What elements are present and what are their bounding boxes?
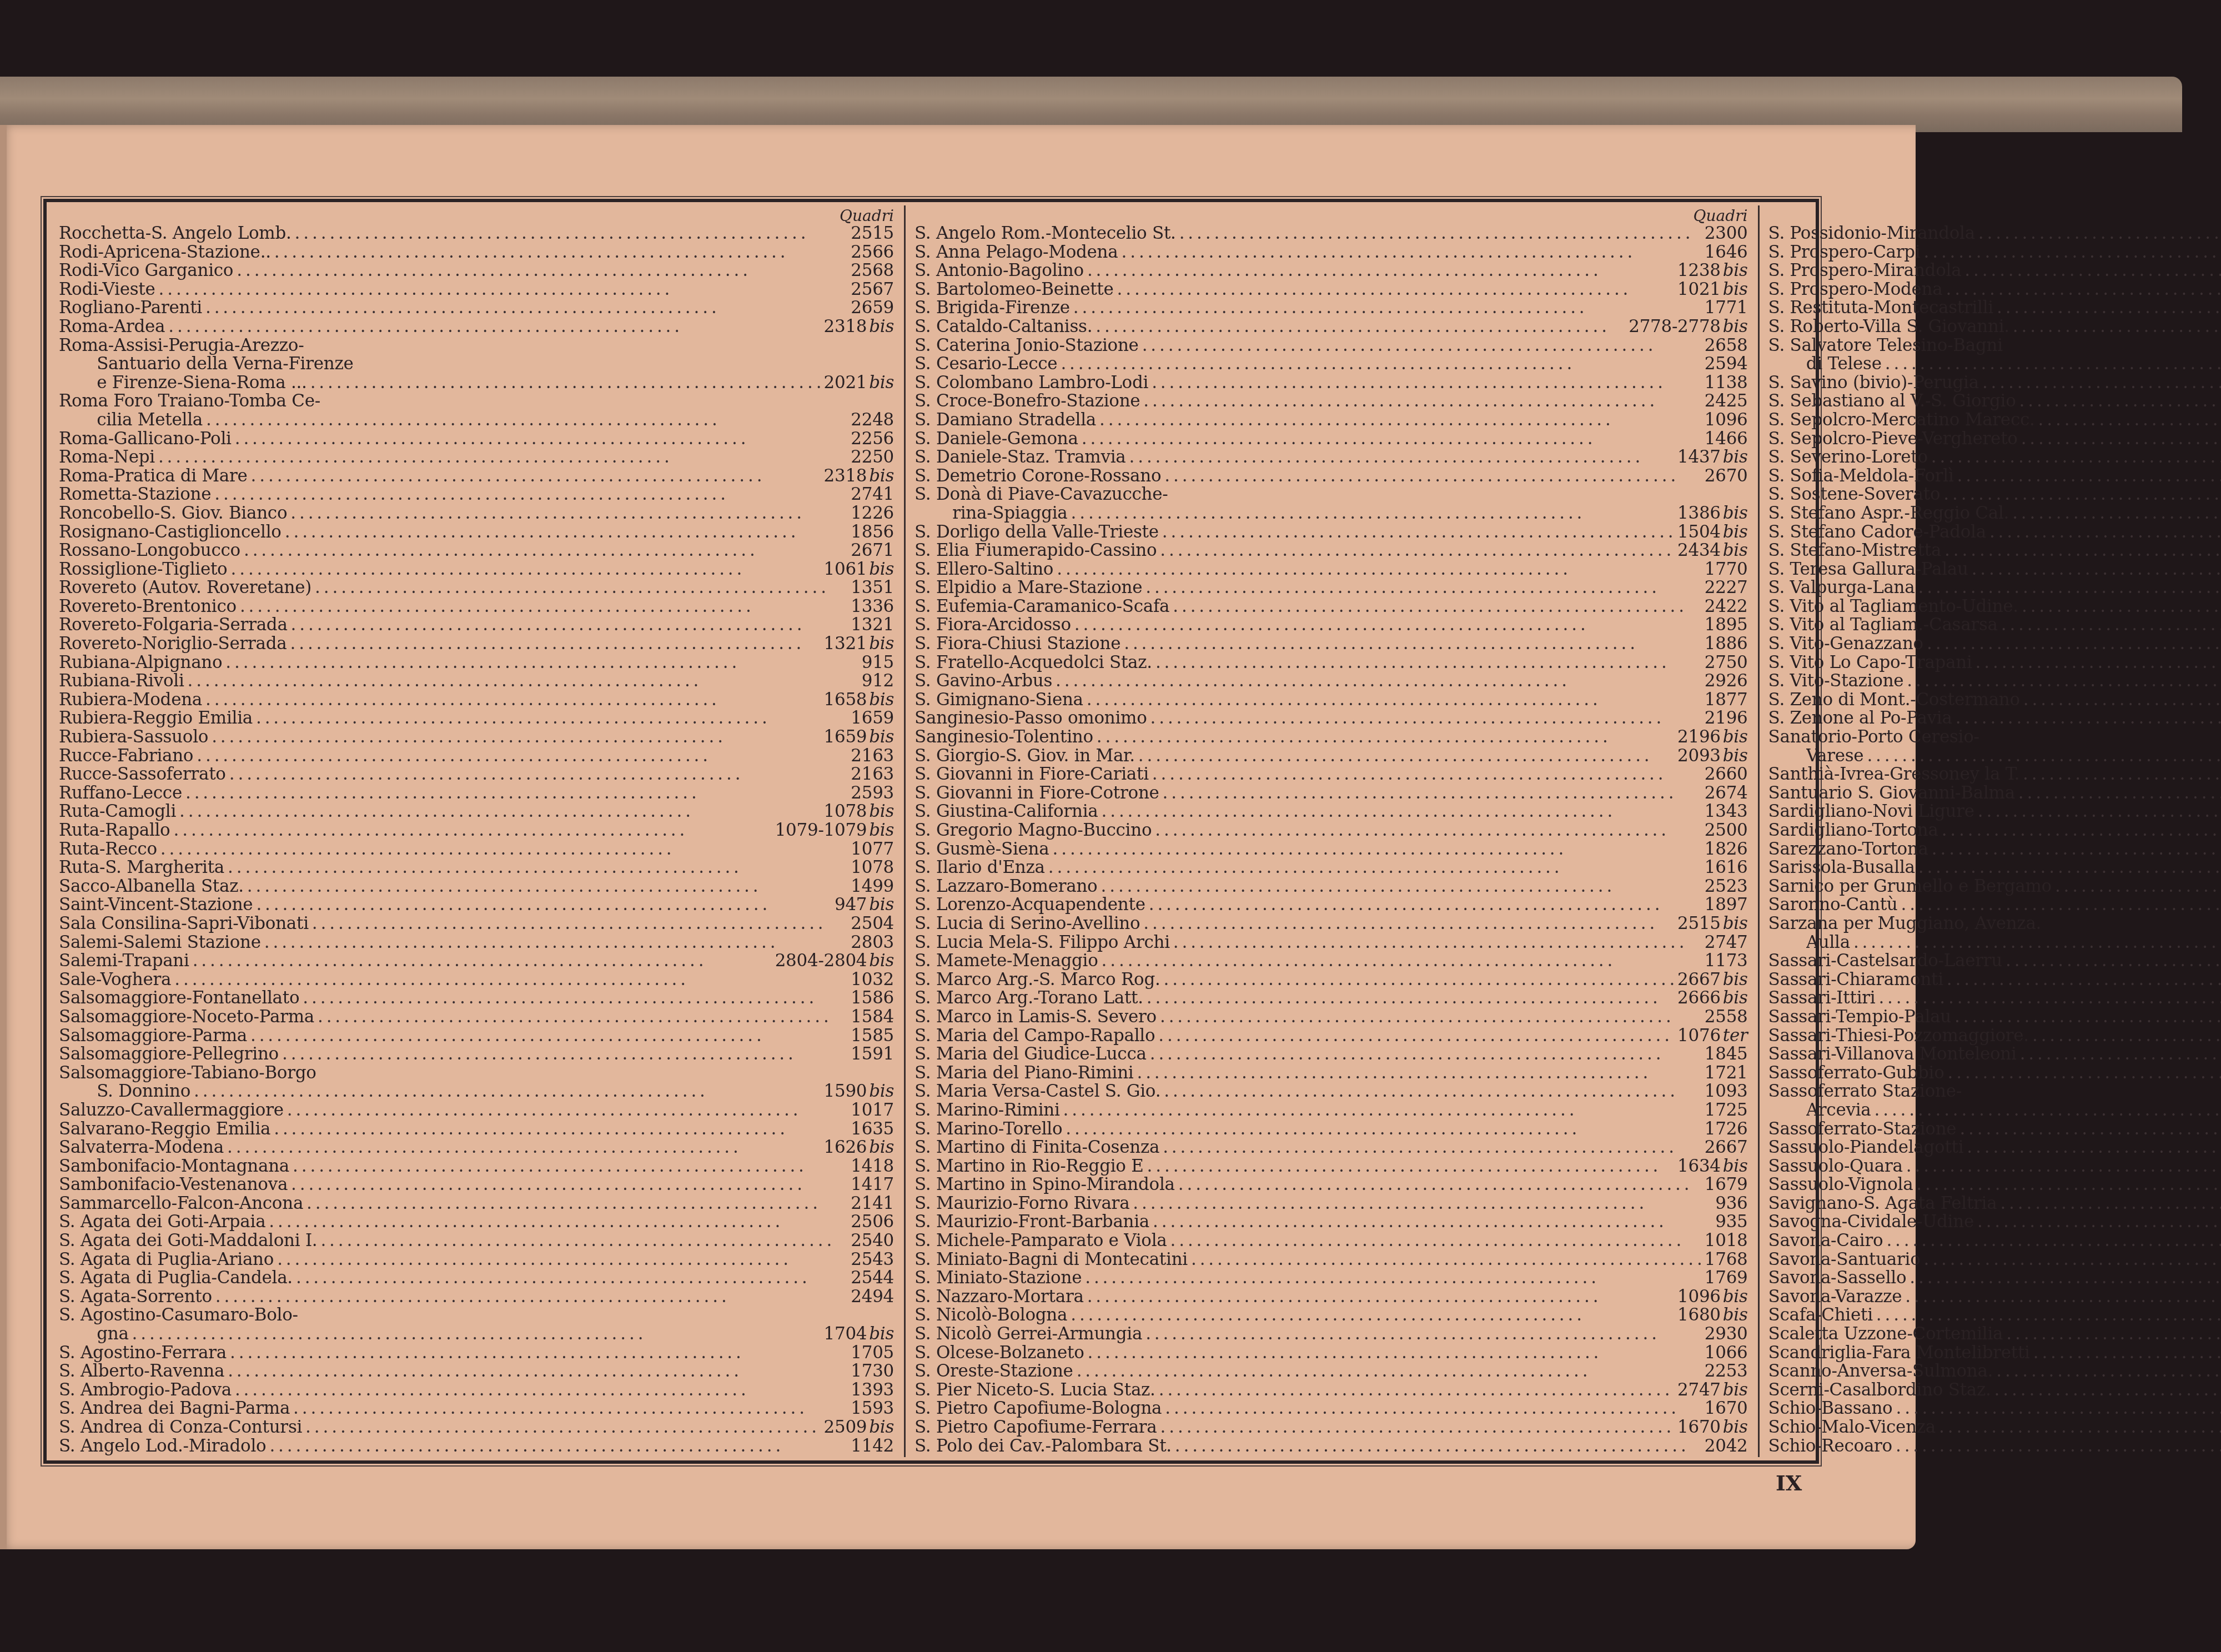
entry-table-number: 1077 xyxy=(851,840,894,859)
index-entry: Aulla1837bis xyxy=(1768,933,2221,952)
dot-leader xyxy=(2038,411,2221,430)
index-entry: Ruta-S. Margherita1078 xyxy=(59,858,894,877)
entry-route-name: S. Antonio-Bagolino xyxy=(914,262,1084,280)
dot-leader xyxy=(1137,1064,1701,1083)
entry-table-number: 2250 xyxy=(851,448,894,467)
entry-route-name: S. Caterina Jonio-Stazione xyxy=(914,337,1139,355)
entry-route-name: Santuario S. Giovanni-Balma xyxy=(1768,784,2015,803)
dot-leader xyxy=(1918,579,2221,597)
entry-route-name: Scandriglia-Fara Montelibretti xyxy=(1768,1344,2030,1363)
table-number-value: 1646 xyxy=(1705,242,1748,262)
index-column-1: Quadri Rocchetta-S. Angelo Lomb.2515Rodi… xyxy=(50,205,906,1457)
dot-leader xyxy=(1149,896,1701,915)
index-entry: S. Agata dei Goti-Arpaia2506 xyxy=(59,1213,894,1232)
dot-leader xyxy=(1170,1232,1701,1251)
entry-route-name: S. Oreste-Stazione xyxy=(914,1362,1073,1381)
table-number-suffix: bis xyxy=(869,820,894,840)
table-number-value: 2434 xyxy=(1677,540,1721,560)
entry-route-name: S. Bartolomeo-Beinette xyxy=(914,280,1114,299)
dot-leader xyxy=(1102,952,1701,971)
index-entry: S. Angelo Rom.-Montecelio St.2300 xyxy=(914,224,1748,243)
dot-leader xyxy=(2001,616,2221,635)
entry-table-number: 1466 xyxy=(1705,430,1748,449)
table-number-value: 2256 xyxy=(851,429,894,449)
entry-route-name: Sanginesio-Passo omonimo xyxy=(914,709,1147,728)
entry-route-name: S. Marco in Lamis-S. Severo xyxy=(914,1008,1157,1027)
entry-route-name: S. Sepolcro-Mercatino Marecc. xyxy=(1768,411,2035,430)
entry-table-number: 2515bis xyxy=(1677,915,1747,933)
dot-leader xyxy=(1129,448,1674,467)
entry-route-name: Ruta-Camogli xyxy=(59,802,176,821)
index-entry: S. Michele-Pamparato e Viola1018 xyxy=(914,1232,1748,1251)
table-number-value: 1590 xyxy=(824,1081,867,1101)
index-entry: S. Agata di Puglia-Candela.2544 xyxy=(59,1269,894,1288)
dot-leader xyxy=(303,989,847,1008)
dot-leader xyxy=(1867,747,2221,766)
index-entry: Sambonifacio-Montagnana1418 xyxy=(59,1157,894,1176)
entry-route-name: S. Maurizio-Front-Barbania xyxy=(914,1213,1149,1232)
dot-leader xyxy=(185,784,847,803)
entry-route-name: S. Vito Lo Capo-Trapani xyxy=(1768,654,1972,672)
index-entry: S. Cesario-Lecce2594 xyxy=(914,355,1748,374)
dot-leader xyxy=(194,1082,821,1101)
entry-route-name: S. Croce-Bonefro-Stazione xyxy=(914,392,1140,411)
table-number-value: 2544 xyxy=(851,1268,894,1288)
entry-route-name: S. Elia Fiumerapido-Cassino xyxy=(914,541,1157,560)
dot-leader xyxy=(168,318,820,337)
entry-route-name: S. Gregorio Magno-Buccino xyxy=(914,821,1152,840)
index-entry: S. Sostene-Soverato2684 xyxy=(1768,485,2221,504)
table-number-value: 2509 xyxy=(824,1417,867,1437)
entry-table-number: 2593 xyxy=(851,784,894,803)
index-entry: S. Marino-Rimini1725 xyxy=(914,1101,1748,1120)
index-entry: S. Polo dei Cav.-Palombara St.2042 xyxy=(914,1437,1748,1456)
entry-route-name: S. Pier Niceto-S. Lucia Staz. xyxy=(914,1381,1155,1400)
index-entry: Salsomaggiore-Parma1585 xyxy=(59,1027,894,1046)
dot-leader xyxy=(1994,1381,2221,1400)
table-number-value: 2930 xyxy=(1705,1324,1748,1344)
dot-leader xyxy=(1117,280,1675,299)
index-entry: S. Mamete-Menaggio1173 xyxy=(914,952,1748,971)
entry-route-name: S. Martino in Rio-Reggio E xyxy=(914,1157,1144,1176)
dot-leader xyxy=(1896,1437,2221,1456)
index-entry: Sassuolo-Quara1673 xyxy=(1768,1157,2221,1176)
entry-table-number: 2540 xyxy=(851,1232,894,1251)
entry-route-name: S. Nicolò Gerrei-Armungia xyxy=(914,1325,1142,1344)
entry-route-name: e Firenze-Siena-Roma ... xyxy=(97,374,306,393)
table-number-suffix: bis xyxy=(869,1324,894,1344)
entry-route-name: S. Martino in Spino-Mirandola xyxy=(914,1176,1175,1194)
dot-leader xyxy=(231,560,821,579)
dot-leader xyxy=(1143,392,1701,411)
entry-route-name: Rubiana-Alpignano xyxy=(59,654,222,672)
index-entry: Sassari-Villanova Monteleoni2873 xyxy=(1768,1045,2221,1064)
table-number-value: 1768 xyxy=(1705,1249,1748,1269)
index-entry: Savona-Varazze1060 xyxy=(1768,1288,2221,1307)
entry-route-name: S. Andrea di Conza-Contursi xyxy=(59,1418,302,1437)
table-number-value: 2021 xyxy=(824,373,867,393)
dot-leader xyxy=(159,280,848,299)
entry-route-name: Rubiera-Modena xyxy=(59,691,202,710)
entry-route-name: S. Agostino-Casumaro-Bolo- xyxy=(59,1306,298,1325)
dot-leader xyxy=(1087,691,1701,710)
dot-leader xyxy=(1147,989,1674,1008)
entry-table-number: 1658bis xyxy=(824,691,894,710)
table-number-value: 1079-1079 xyxy=(775,820,867,840)
dot-leader xyxy=(1165,1399,1701,1418)
entry-table-number: 2227 xyxy=(1705,579,1748,597)
table-number-value: 1670 xyxy=(1677,1417,1721,1437)
index-entry: S. Miniato-Bagni di Montecatini1768 xyxy=(914,1251,1748,1269)
index-column-2: Quadri S. Angelo Rom.-Montecelio St.2300… xyxy=(906,205,1760,1457)
table-number-value: 936 xyxy=(1715,1193,1747,1213)
index-entry: S. Croce-Bonefro-Stazione2425 xyxy=(914,392,1748,411)
entry-table-number: 1730 xyxy=(851,1362,894,1381)
index-entry: Ruta-Camogli1078bis xyxy=(59,802,894,821)
entry-route-name: S. Anna Pelago-Modena xyxy=(914,243,1118,262)
dot-leader xyxy=(285,523,848,542)
index-entry: Rubiera-Modena1658bis xyxy=(59,691,894,710)
index-entry: Santhià-Ivrea-Gressoney la T.949bis xyxy=(1768,765,2221,784)
dot-leader xyxy=(290,504,847,523)
entry-table-number: 1078 xyxy=(851,858,894,877)
index-entry: Roma-Ardea2318bis xyxy=(59,318,894,337)
entry-route-name: S. Lazzaro-Bomerano xyxy=(914,877,1097,896)
entry-table-number: 2196bis xyxy=(1677,728,1747,747)
table-number-suffix: bis xyxy=(1723,447,1748,467)
entry-table-number: 2667bis xyxy=(1677,971,1747,990)
index-entry: Rucce-Fabriano2163 xyxy=(59,747,894,766)
entry-route-name: S. Angelo Rom.-Montecelio St. xyxy=(914,224,1176,243)
index-entry: Ruta-Recco1077 xyxy=(59,840,894,859)
table-number-suffix: bis xyxy=(869,634,894,654)
dot-leader xyxy=(228,1362,847,1381)
entry-route-name: S. Prospero-Carpi xyxy=(1768,243,1921,262)
table-number-value: 2594 xyxy=(1705,354,1748,374)
index-entry: Sassuolo-Piandelagotti1674 xyxy=(1768,1138,2221,1157)
entry-route-name: S. Fiora-Arcidosso xyxy=(914,616,1071,635)
entry-table-number: 2500 xyxy=(1705,821,1748,840)
table-number-value: 1704 xyxy=(824,1324,867,1344)
index-entry: Sanginesio-Tolentino2196bis xyxy=(914,728,1748,747)
entry-route-name: S. Pietro Capofiume-Ferrara xyxy=(914,1418,1157,1437)
entry-table-number: 2256 xyxy=(851,430,894,449)
index-entry: Scanno-Anversa-Sulmona.2396 xyxy=(1768,1362,2221,1381)
dot-leader xyxy=(295,224,848,243)
index-entry: Rucce-Sassoferrato2163 xyxy=(59,765,894,784)
entry-route-name: Salsomaggiore-Fontanellato xyxy=(59,989,299,1008)
entry-route-name: Rovereto-Folgaria-Serrada xyxy=(59,616,288,635)
dot-leader xyxy=(274,243,848,262)
entry-route-name: S. Miniato-Bagni di Montecatini xyxy=(914,1251,1188,1269)
table-number-value: 1659 xyxy=(824,727,867,747)
index-entry: Savona-Sassello1061 xyxy=(1768,1269,2221,1288)
entry-table-number: 2196 xyxy=(1705,709,1748,728)
dot-leader xyxy=(1096,318,1625,337)
index-entry: S. Caterina Jonio-Stazione2658 xyxy=(914,337,1748,355)
entry-route-name: Schio-Recoaro xyxy=(1768,1437,1892,1456)
entry-route-name: Sassoferrato Stazione- xyxy=(1768,1082,1962,1101)
entry-table-number: 1726 xyxy=(1705,1120,1748,1139)
dot-leader xyxy=(1982,374,2221,393)
dot-leader xyxy=(269,1437,847,1456)
table-number-value: 2318 xyxy=(824,466,867,486)
index-entry: S. Pietro Capofiume-Bologna1670 xyxy=(914,1399,1748,1418)
dot-leader xyxy=(1989,523,2221,542)
entry-route-name: S. Vito al Tagliam.-Casarsa xyxy=(1768,616,1998,635)
index-entry: Roma-Nepi2250 xyxy=(59,448,894,467)
dot-leader xyxy=(214,485,847,504)
entry-table-number: 1336 xyxy=(851,597,894,616)
index-entry: Scaletta Uzzone-Cortemilia1013 xyxy=(1768,1325,2221,1344)
index-entry: S. Agata-Sorrento2494 xyxy=(59,1288,894,1307)
table-number-value: 1226 xyxy=(851,503,894,523)
dot-leader xyxy=(2032,1027,2221,1046)
entry-route-name: Aulla xyxy=(1806,933,1850,952)
entry-route-name: cilia Metella xyxy=(97,411,203,430)
index-entry: Savona-Santuario1058 xyxy=(1768,1251,2221,1269)
entry-table-number: 2504 xyxy=(851,915,894,933)
index-entry: S. Stefano Cadore-Padola1376 xyxy=(1768,523,2221,542)
entry-table-number: 2660 xyxy=(1705,765,1748,784)
dot-leader xyxy=(1145,1325,1701,1344)
entry-route-name: Sambonifacio-Montagnana xyxy=(59,1157,289,1176)
index-entry: Rodi-Apricena-Stazione..2566 xyxy=(59,243,894,262)
entry-route-name: S. Colombano Lambro-Lodi xyxy=(914,374,1148,393)
entry-route-name: S. Possidonio-Mirandola xyxy=(1768,224,1975,243)
entry-route-name: Salvarano-Reggio Emilia xyxy=(59,1120,270,1139)
entry-route-name: S. Stefano Cadore-Padola xyxy=(1768,523,1986,542)
index-entry: Sassari-Castelsardo-Laerru2875 xyxy=(1768,952,2221,971)
dot-leader xyxy=(2023,691,2221,710)
entry-route-name: S. Giorgio-S. Giov. in Mar. xyxy=(914,747,1135,766)
index-entry: Roma Foro Traiano-Tomba Ce- xyxy=(59,392,894,411)
dot-leader xyxy=(1178,1176,1701,1194)
entry-route-name: Roncobello-S. Giov. Bianco xyxy=(59,504,287,523)
entry-route-name: S. Polo dei Cav.-Palombara St. xyxy=(914,1437,1172,1456)
dot-leader xyxy=(1972,560,2221,579)
entry-route-name: Roma-Ardea xyxy=(59,318,165,337)
entry-route-name: Salemi-Trapani xyxy=(59,952,189,971)
dot-leader xyxy=(2020,1045,2221,1064)
dot-leader xyxy=(1163,1138,1701,1157)
dot-leader xyxy=(1152,374,1701,393)
entry-route-name: Santuario della Verna-Firenze xyxy=(97,355,353,374)
index-entry: S. Nazzaro-Mortara1096bis xyxy=(914,1288,1748,1307)
entry-route-name: S. Olcese-Bolzaneto xyxy=(914,1344,1084,1363)
index-entry: S. Lucia di Serino-Avellino2515bis xyxy=(914,915,1748,933)
entry-route-name: Savignano-S. Agata Feltria xyxy=(1768,1194,1997,1213)
entry-table-number: 1770 xyxy=(1705,560,1748,579)
index-entry: Rocchetta-S. Angelo Lomb.2515 xyxy=(59,224,894,243)
table-number-value: 2593 xyxy=(851,783,894,803)
table-number-value: 1658 xyxy=(824,690,867,710)
dot-leader xyxy=(1074,616,1701,635)
table-number-suffix: bis xyxy=(1723,988,1748,1008)
entry-table-number: 1616 xyxy=(1705,858,1748,877)
table-number-value: 1066 xyxy=(1705,1343,1748,1363)
entry-table-number: 1721 xyxy=(1705,1064,1748,1083)
index-entry: S. Ellero-Saltino1770 xyxy=(914,560,1748,579)
entry-table-number: 1670bis xyxy=(1677,1418,1747,1437)
entry-route-name: S. Zenone al Po-Pavia xyxy=(1768,709,1952,728)
entry-table-number: 2318bis xyxy=(824,318,894,337)
index-entry: Ruta-Rapallo1079-1079bis xyxy=(59,821,894,840)
index-entry: S. Nicolò Gerrei-Armungia2930 xyxy=(914,1325,1748,1344)
entry-route-name: S. Andrea dei Bagni-Parma xyxy=(59,1399,290,1418)
entry-route-name: Sale-Voghera xyxy=(59,971,171,990)
index-entry: Schio-Bassano1369 xyxy=(1768,1399,2221,1418)
entry-route-name: S. Stefano-Mistretta xyxy=(1768,541,1942,560)
table-number-value: 1017 xyxy=(851,1100,894,1120)
table-number-value: 2659 xyxy=(851,298,894,318)
entry-table-number: 2425 xyxy=(1705,392,1748,411)
dot-leader xyxy=(1853,933,2221,952)
entry-route-name: S. Marino-Rimini xyxy=(914,1101,1060,1120)
index-entry: S. Giorgio-S. Giov. in Mar.2093bis xyxy=(914,747,1748,766)
entry-table-number: 2042 xyxy=(1705,1437,1748,1456)
entry-route-name: S. Martino di Finita-Cosenza xyxy=(914,1138,1159,1157)
dot-leader xyxy=(1874,1101,2221,1120)
table-number-value: 1593 xyxy=(851,1398,894,1418)
table-number-value: 1138 xyxy=(1705,373,1748,393)
dot-leader xyxy=(1066,1120,1701,1139)
index-entry: S. Andrea dei Bagni-Parma1593 xyxy=(59,1399,894,1418)
table-number-value: 2422 xyxy=(1705,596,1748,616)
index-entry: Rovereto-Brentonico1336 xyxy=(59,597,894,616)
entry-table-number: 2803 xyxy=(851,933,894,952)
entry-list: Rocchetta-S. Angelo Lomb.2515Rodi-Aprice… xyxy=(59,224,894,1455)
entry-table-number: 2659 xyxy=(851,299,894,318)
dot-leader xyxy=(193,952,772,971)
dot-leader xyxy=(306,1194,847,1213)
entry-table-number: 2670 xyxy=(1705,467,1748,486)
index-entry: S. Pietro Capofiume-Ferrara1670bis xyxy=(914,1418,1748,1437)
column-header-quadri: Quadri xyxy=(1768,208,2221,224)
dot-leader xyxy=(1947,971,2221,990)
entry-route-name: S. Salvatore Telesino-Bagni xyxy=(1768,337,2003,355)
dot-leader xyxy=(205,299,847,318)
entry-route-name: S. Giovanni in Fiore-Cariati xyxy=(914,765,1149,784)
entry-route-name: Ruffano-Lecce xyxy=(59,784,182,803)
entry-route-name: Roma-Assisi-Perugia-Arezzo- xyxy=(59,337,304,355)
entry-table-number: 1670 xyxy=(1705,1399,1748,1418)
dot-leader xyxy=(2022,597,2221,616)
entry-route-name: S. Eufemia-Caramanico-Scafa xyxy=(914,597,1169,616)
entry-route-name: Salsomaggiore-Pellegrino xyxy=(59,1045,279,1064)
index-entry: S. Olcese-Bolzaneto1066 xyxy=(914,1344,1748,1363)
index-entry: Sala Consilina-Sapri-Vibonati2504 xyxy=(59,915,894,933)
table-number-suffix: bis xyxy=(1723,1305,1748,1325)
entry-table-number: 1386bis xyxy=(1677,504,1747,523)
table-number-value: 1018 xyxy=(1705,1231,1748,1251)
column-header-quadri: Quadri xyxy=(914,208,1748,224)
entry-table-number: 1018 xyxy=(1705,1232,1748,1251)
table-number-value: 2141 xyxy=(851,1193,894,1213)
table-number-value: 1886 xyxy=(1705,634,1748,654)
entry-table-number: 1032 xyxy=(851,971,894,990)
index-entry: S. Antonio-Bagolino1238bis xyxy=(914,262,1748,280)
entry-table-number: 1093 xyxy=(1705,1082,1748,1101)
entry-route-name: Rodi-Vieste xyxy=(59,280,155,299)
index-entry: S. Andrea di Conza-Contursi2509bis xyxy=(59,1418,894,1437)
entry-route-name: S. Nazzaro-Mortara xyxy=(914,1288,1084,1307)
index-entry: S. Ambrogio-Padova1393 xyxy=(59,1381,894,1400)
entry-route-name: S. Zeno di Mont.-Costermano xyxy=(1768,691,2020,710)
index-entry: S. Marco Arg.-S. Marco Rog.2667bis xyxy=(914,971,1748,990)
entry-route-name: Savona-Cairo xyxy=(1768,1232,1883,1251)
entry-table-number: 1826 xyxy=(1705,840,1748,859)
index-entry: Savogna-Cividale-Udine1483bis xyxy=(1768,1213,2221,1232)
entry-route-name: S. Mamete-Menaggio xyxy=(914,952,1098,971)
index-entry: S. Martino in Rio-Reggio E1634bis xyxy=(914,1157,1748,1176)
index-entry: S. Angelo Lod.-Miradolo1142 xyxy=(59,1437,894,1456)
dot-leader xyxy=(1956,709,2221,728)
index-entry: S. Possidonio-Mirandola1679bis xyxy=(1768,224,2221,243)
entry-list: S. Angelo Rom.-Montecelio St.2300S. Anna… xyxy=(914,224,1748,1455)
index-entry: S. Valpurga-Lana1306 xyxy=(1768,579,2221,597)
dot-leader xyxy=(305,1418,820,1437)
table-number-value: 1877 xyxy=(1705,690,1748,710)
dot-leader xyxy=(212,728,820,747)
table-number-value: 1499 xyxy=(851,876,894,896)
index-entry: S. Teresa Gallura-Palau2889 xyxy=(1768,560,2221,579)
entry-table-number: 1504bis xyxy=(1677,523,1747,542)
index-entry: S. Brigida-Firenze1771 xyxy=(914,299,1748,318)
entry-route-name: di Telese xyxy=(1806,355,1882,374)
dot-leader xyxy=(1997,299,2221,318)
entry-table-number: 2318bis xyxy=(824,467,894,486)
dot-leader xyxy=(1191,1251,1701,1269)
entry-table-number: 1017 xyxy=(851,1101,894,1120)
dot-leader xyxy=(229,765,848,784)
dot-leader xyxy=(293,1157,847,1176)
table-number-value: 1856 xyxy=(851,522,894,542)
index-entry: S. Martino di Finita-Cosenza2667 xyxy=(914,1138,1748,1157)
entry-table-number: 2930 xyxy=(1705,1325,1748,1344)
index-entry: S. Ilario d'Enza1616 xyxy=(914,858,1748,877)
entry-table-number: 2509bis xyxy=(824,1418,894,1437)
index-entry: Sarnico per Grumello e Bergamo1222 xyxy=(1768,877,2221,896)
table-number-value: 1679 xyxy=(1705,1174,1748,1194)
entry-route-name: S. Lorenzo-Acquapendente xyxy=(914,896,1145,915)
table-number-suffix: bis xyxy=(869,559,894,579)
index-entry: S. Zenone al Po-Pavia1117 xyxy=(1768,709,2221,728)
index-entry: S. Dorligo della Valle-Trieste1504bis xyxy=(914,523,1748,542)
table-number-value: 2042 xyxy=(1705,1436,1748,1456)
entry-table-number: 1679 xyxy=(1705,1176,1748,1194)
index-entry: e Firenze-Siena-Roma ...2021bis xyxy=(59,374,894,393)
dot-leader xyxy=(1142,337,1701,355)
dot-leader xyxy=(1164,467,1701,486)
entry-table-number: 1343 xyxy=(1705,802,1748,821)
dot-leader xyxy=(1964,262,2221,280)
entry-route-name: Sanatorio-Porto Ceresio- xyxy=(1768,728,1979,747)
table-number-value: 1173 xyxy=(1705,951,1748,971)
table-number-value: 2506 xyxy=(851,1212,894,1232)
dot-leader xyxy=(215,1288,847,1307)
index-entry: S. Agata di Puglia-Ariano2543 xyxy=(59,1251,894,1269)
entry-table-number: 2300 xyxy=(1705,224,1748,243)
entry-route-name: S. Damiano Stradella xyxy=(914,411,1096,430)
entry-route-name: S. Angelo Lod.-Miradolo xyxy=(59,1437,266,1456)
index-table-frame: Quadri Rocchetta-S. Angelo Lomb.2515Rodi… xyxy=(43,199,1819,1464)
entry-route-name: Savona-Santuario xyxy=(1768,1251,1921,1269)
index-entry: S. Vito Lo Capo-Trapani2805bis xyxy=(1768,654,2221,672)
index-entry: Santuario della Verna-Firenze xyxy=(59,355,894,374)
entry-route-name: Rodi-Vico Garganico xyxy=(59,262,233,280)
table-number-suffix: bis xyxy=(869,801,894,821)
